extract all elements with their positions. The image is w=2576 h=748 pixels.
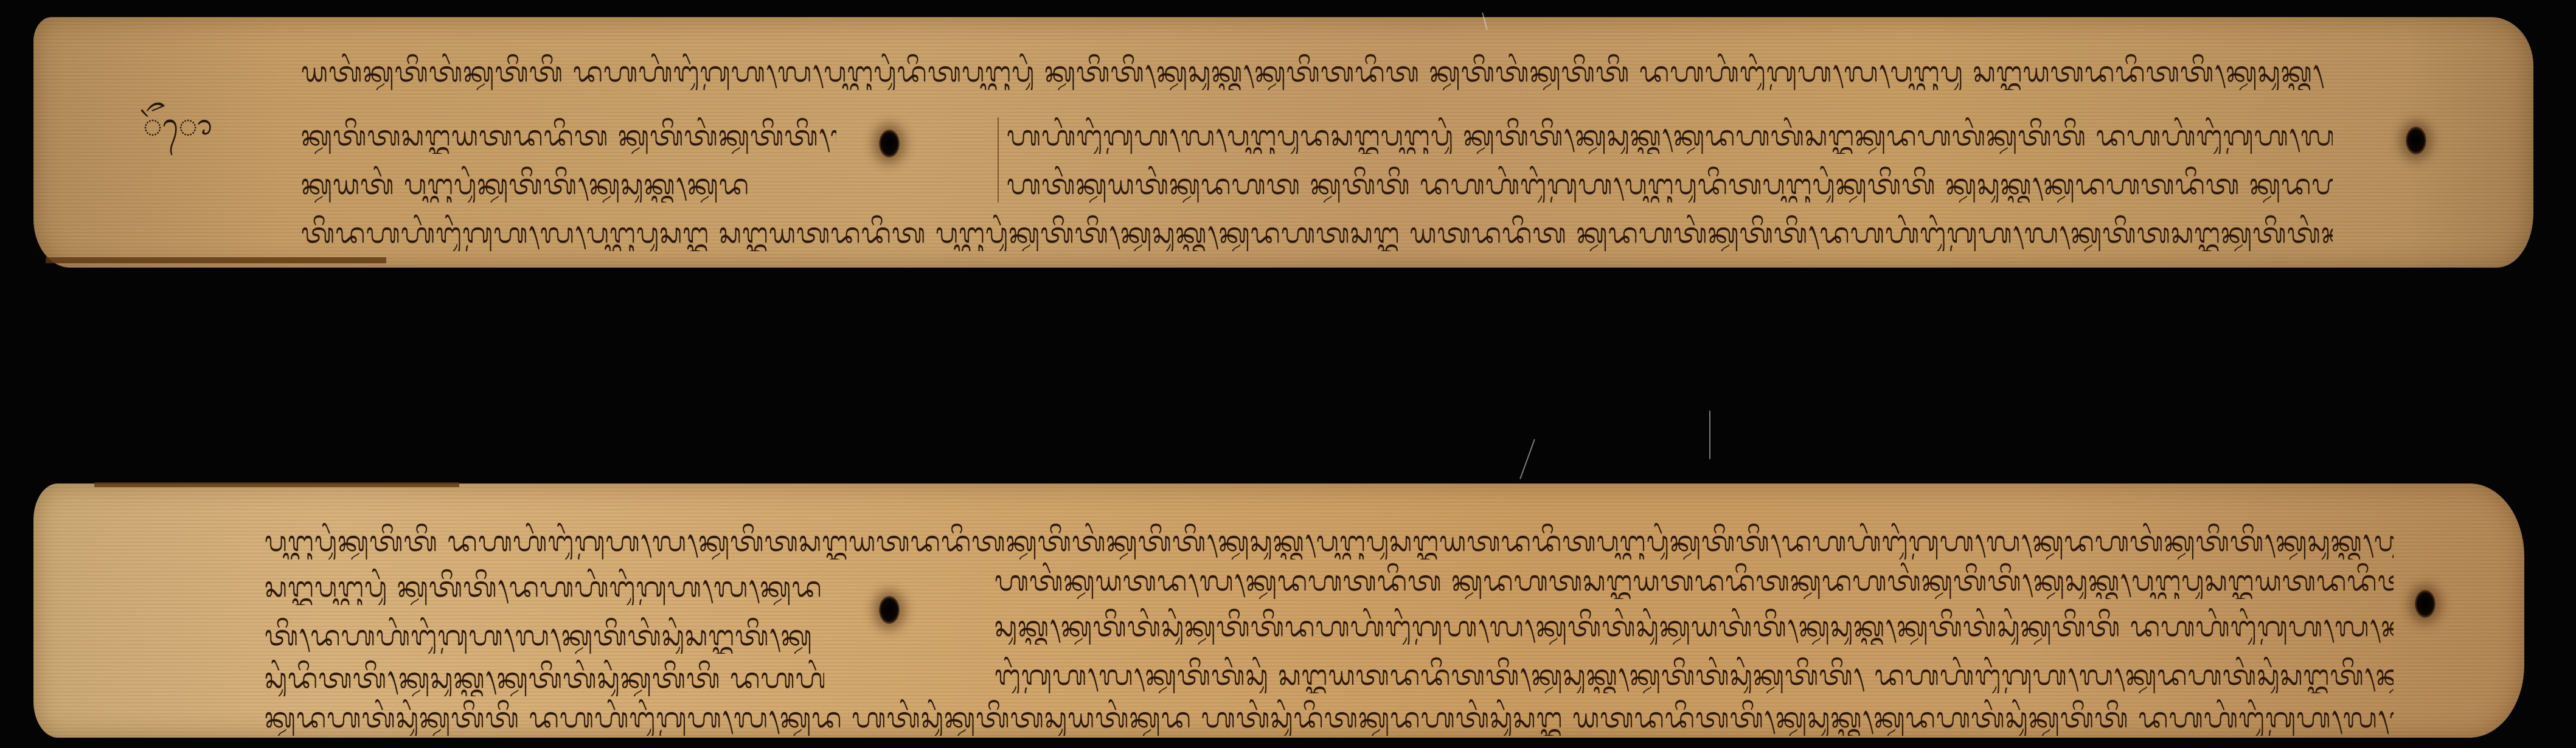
leaf-edge-damage [46,257,386,263]
palm-leaf-top: ᭂᭀ ᬬᬢᬂᬓ᭄ᬯᬢᬶᬢᬂᬓ᭄ᬯᬢᬶᬢᬶ ᬤᬳᬳᬂᬗᬸᬂᬕ᭄ᬭᬳ᭞ᬮ᭞ᬧᬗ᭄ᬮᬸ… [33,17,2533,268]
text-line-1: ᬧᬗ᭄ᬮᬸᬧᬸᬂᬓ᭄ᬯᬢᬶᬢᬶ ᬤᬳᬳᬂᬗᬸᬂᬕ᭄ᬭᬳ᭞ᬮ᭞ᬓ᭄ᬯᬢᬶᬢᬲᬗ᭄ᬓ… [265,523,2394,559]
text-line-4-right: ᬗᬸᬂᬕ᭄ᬭᬳ᭞ᬮ᭞ᬓ᭄ᬯᬢᬶᬢᬂᬲᬸᬂ ᬲᬗ᭄ᬓᬬᬢᬤᬤᬶᬢᬢᬶ᭞ᬓ᭄ᬯᬲᬸᬓ… [995,657,2394,693]
leaf-edge-damage [94,482,459,487]
text-line-2-right: ᬳᬢᬂᬓ᭄ᬯᬬᬢᬤ᭞ᬮ᭞ᬓ᭄ᬯᬤᬳᬢᬤᬶᬢ ᬓ᭄ᬯᬤᬳᬢᬲᬗ᭄ᬓᬬᬢᬤᬤᬶᬢᬓ᭄… [995,563,2394,599]
text-line-2-left: ᬲᬗ᭄ᬓᬧᬗ᭄ᬮᬸᬧᬸᬂ ᬓ᭄ᬯᬢᬶᬢᬶ᭞ᬤᬳᬳᬂᬗᬸᬂᬕ᭄ᬭᬳ᭞ᬮ᭞ᬓ᭄ᬯᬤ [265,569,824,605]
fiber-strand [1709,410,1710,459]
text-line-4: ᬢᬶᬤᬳᬳᬂᬗᬸᬂᬕ᭄ᬭᬳ᭞ᬮ᭞ᬧᬗ᭄ᬮᬸᬧᬸᬲᬗ᭄ᬓ ᬲᬗ᭄ᬓᬬᬢᬤᬤᬶᬢ ᬧ… [301,215,2333,251]
string-hole-left [879,130,900,158]
text-line-3-left: ᬓ᭄ᬯᬬᬢᬂ ᬧᬗ᭄ᬮᬸᬧᬸᬂᬓ᭄ᬯᬢᬶᬢᬶ᭞ᬓ᭄ᬯᬲᬸᬓ᭄ᬢ᭞ᬓ᭄ᬯᬤ [301,166,836,203]
column-rule [998,117,999,203]
string-hole-right [2406,126,2426,154]
text-line-3-right: ᬳᬢᬂᬓ᭄ᬯᬬᬢᬂᬓ᭄ᬯᬤᬳᬢ ᬓ᭄ᬯᬢᬶᬢᬶ ᬤᬳᬳᬂᬗᬸᬂᬕ᭄ᬭᬳ᭞ᬧᬗ᭄ᬮ… [1007,166,2333,203]
text-line-1: ᬬᬢᬂᬓ᭄ᬯᬢᬶᬢᬂᬓ᭄ᬯᬢᬶᬢᬶ ᬤᬳᬳᬂᬗᬸᬂᬕ᭄ᬭᬳ᭞ᬮ᭞ᬧᬗ᭄ᬮᬸᬧᬸᬂ… [301,54,2333,90]
text-line-2-left: ᬓ᭄ᬯᬢᬶᬢᬲᬗ᭄ᬓᬬᬢᬤᬤᬶᬢ ᬓ᭄ᬯᬢᬶᬢᬂᬓ᭄ᬯᬢᬶᬢᬶ᭞ᬤ [301,117,836,154]
palm-leaf-bottom: ᬧᬗ᭄ᬮᬸᬧᬸᬂᬓ᭄ᬯᬢᬶᬢᬶ ᬤᬳᬳᬂᬗᬸᬂᬕ᭄ᬭᬳ᭞ᬮ᭞ᬓ᭄ᬯᬢᬶᬢᬲᬗ᭄ᬓ… [33,483,2524,738]
string-hole-left [879,596,900,624]
text-line-4-left: ᬲᬸᬂᬤᬶᬢᬢᬶ᭞ᬓ᭄ᬯᬲᬸᬓ᭄ᬢ᭞ᬓ᭄ᬯᬢᬶᬢᬂᬲᬸᬂᬓ᭄ᬯᬢᬶᬢᬶ ᬤᬳᬳᬂ [265,660,824,696]
text-line-3-right: ᬲᬸᬓ᭄ᬢ᭞ᬓ᭄ᬯᬢᬶᬢᬂᬲᬸᬂᬓ᭄ᬯᬢᬶᬢᬶᬤᬳᬳᬂᬗᬸᬂᬕ᭄ᬭᬳ᭞ᬮ᭞ᬓ᭄ᬯ… [995,608,2394,645]
text-line-5: ᬓ᭄ᬯᬤᬳᬢᬂᬲᬸᬂᬓ᭄ᬯᬢᬶᬢᬶ ᬤᬳᬳᬂᬗᬸᬂᬕ᭄ᬭᬳ᭞ᬮ᭞ᬓ᭄ᬯᬤ ᬳᬢᬂ… [265,699,2394,736]
text-line-2-right: ᬳᬳᬂᬗᬸᬂᬕ᭄ᬭᬳ᭞ᬮ᭞ᬧᬗ᭄ᬮᬸᬧᬸᬤᬲᬗ᭄ᬓᬧᬗ᭄ᬮᬸᬧᬸᬂ ᬓ᭄ᬯᬢᬶᬢ… [1007,117,2333,154]
leaf-number: ᭂᭀ [143,108,212,145]
text-line-3-left: ᬢᬶ᭞ᬤᬳᬳᬂᬗᬸᬂᬕ᭄ᬭᬳ᭞ᬮ᭞ᬓ᭄ᬯᬢᬶᬢᬂᬲᬸᬂᬲᬗ᭄ᬓᬢᬶ᭞ᬓ᭄ᬯ [265,617,824,654]
fiber-strand [1519,439,1535,479]
string-hole-right [2415,590,2435,618]
